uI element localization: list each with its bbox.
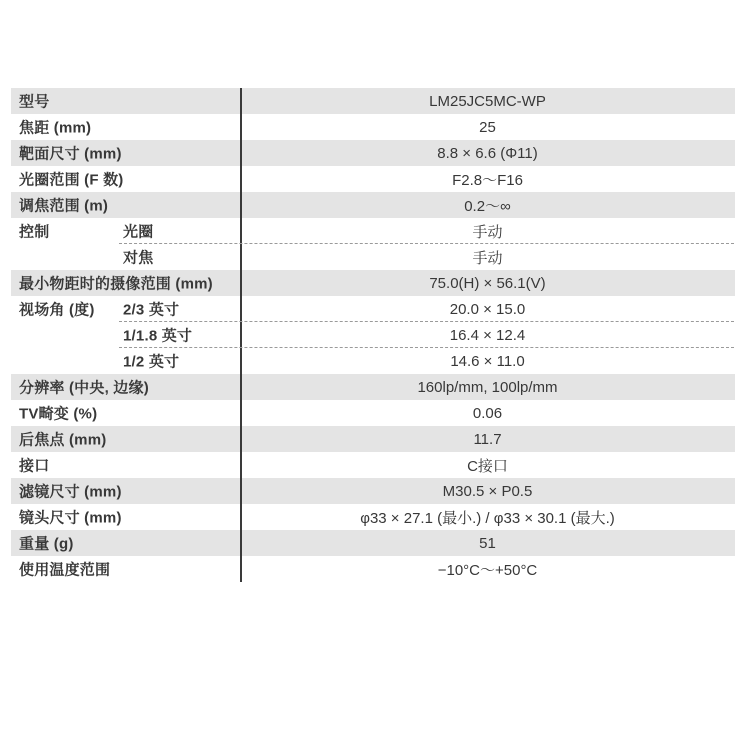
spec-value: LM25JC5MC-WP — [240, 88, 735, 114]
spec-label-cell: 对焦 — [11, 244, 240, 270]
spec-label: 接口 — [19, 455, 49, 476]
spec-value: 8.8 × 6.6 (Φ11) — [240, 140, 735, 166]
spec-label-cell: 最小物距时的摄像范围 (mm) — [11, 270, 240, 296]
spec-label-cell: 使用温度范围 — [11, 556, 240, 582]
spec-sublabel: 2/3 英寸 — [123, 299, 179, 320]
spec-label: 靶面尺寸 (mm) — [19, 143, 122, 164]
spec-value: 0.2～∞ — [240, 192, 735, 218]
spec-value: 160lp/mm, 100lp/mm — [240, 374, 735, 400]
spec-value: 11.7 — [240, 426, 735, 452]
spec-label: 光圈范围 (F 数) — [19, 169, 124, 190]
spec-sublabel: 1/1.8 英寸 — [123, 325, 192, 346]
spec-row: 滤镜尺寸 (mm)M30.5 × P0.5 — [11, 478, 735, 504]
spec-sublabel: 对焦 — [123, 247, 153, 268]
spec-row: 接口C接口 — [11, 452, 735, 478]
spec-value: 25 — [240, 114, 735, 140]
spec-label-cell: 镜头尺寸 (mm) — [11, 504, 240, 530]
spec-label-cell: 分辨率 (中央, 边缘) — [11, 374, 240, 400]
spec-row: 后焦点 (mm)11.7 — [11, 426, 735, 452]
spec-value: 20.0 × 15.0 — [240, 296, 735, 322]
spec-label: 最小物距时的摄像范围 (mm) — [19, 273, 213, 294]
spec-row: 镜头尺寸 (mm)φ33 × 27.1 (最小.) / φ33 × 30.1 (… — [11, 504, 735, 530]
column-divider-line — [240, 88, 242, 582]
dashed-separator — [119, 347, 734, 348]
spec-row: 最小物距时的摄像范围 (mm)75.0(H) × 56.1(V) — [11, 270, 735, 296]
spec-row: 靶面尺寸 (mm)8.8 × 6.6 (Φ11) — [11, 140, 735, 166]
spec-label-cell: 重量 (g) — [11, 530, 240, 556]
spec-label: 焦距 (mm) — [19, 117, 91, 138]
spec-label-cell: 光圈范围 (F 数) — [11, 166, 240, 192]
spec-row: 调焦范围 (m)0.2～∞ — [11, 192, 735, 218]
spec-value: 手动 — [240, 244, 735, 270]
spec-row: TV畸变 (%)0.06 — [11, 400, 735, 426]
spec-row: 控制光圈手动 — [11, 218, 735, 244]
spec-label: 滤镜尺寸 (mm) — [19, 481, 122, 502]
spec-value: C接口 — [240, 452, 735, 478]
spec-row: 型号LM25JC5MC-WP — [11, 88, 735, 114]
spec-value: 75.0(H) × 56.1(V) — [240, 270, 735, 296]
spec-label-cell: 视场角 (度)2/3 英寸 — [11, 296, 240, 322]
spec-value: −10°C～+50°C — [240, 556, 735, 582]
spec-label-cell: TV畸变 (%) — [11, 400, 240, 426]
spec-sublabel: 1/2 英寸 — [123, 351, 179, 372]
spec-row: 光圈范围 (F 数)F2.8～F16 — [11, 166, 735, 192]
lens-spec-table: 型号LM25JC5MC-WP焦距 (mm)25靶面尺寸 (mm)8.8 × 6.… — [11, 88, 735, 582]
spec-label: 型号 — [19, 91, 49, 112]
spec-row: 视场角 (度)2/3 英寸20.0 × 15.0 — [11, 296, 735, 322]
spec-row: 分辨率 (中央, 边缘)160lp/mm, 100lp/mm — [11, 374, 735, 400]
spec-row: 对焦手动 — [11, 244, 735, 270]
dashed-separator — [119, 243, 734, 244]
spec-row: 重量 (g)51 — [11, 530, 735, 556]
spec-label: 调焦范围 (m) — [19, 195, 108, 216]
spec-label: 后焦点 (mm) — [19, 429, 106, 450]
spec-label-cell: 滤镜尺寸 (mm) — [11, 478, 240, 504]
spec-label: 视场角 (度) — [19, 299, 95, 320]
spec-value: 51 — [240, 530, 735, 556]
spec-label-cell: 靶面尺寸 (mm) — [11, 140, 240, 166]
spec-value: 14.6 × 11.0 — [240, 348, 735, 374]
spec-label-cell: 接口 — [11, 452, 240, 478]
spec-row: 使用温度范围−10°C～+50°C — [11, 556, 735, 582]
spec-label-cell: 型号 — [11, 88, 240, 114]
spec-row: 1/2 英寸14.6 × 11.0 — [11, 348, 735, 374]
spec-label-cell: 1/2 英寸 — [11, 348, 240, 374]
lens-spec-sheet-page: 型号LM25JC5MC-WP焦距 (mm)25靶面尺寸 (mm)8.8 × 6.… — [0, 0, 750, 750]
spec-value: 手动 — [240, 218, 735, 244]
spec-value: M30.5 × P0.5 — [240, 478, 735, 504]
spec-label: 使用温度范围 — [19, 559, 110, 580]
spec-value: 16.4 × 12.4 — [240, 322, 735, 348]
spec-row: 1/1.8 英寸16.4 × 12.4 — [11, 322, 735, 348]
spec-sublabel: 光圈 — [123, 221, 153, 242]
spec-label: 控制 — [19, 221, 49, 242]
spec-value: 0.06 — [240, 400, 735, 426]
spec-label: 分辨率 (中央, 边缘) — [19, 377, 149, 398]
spec-label-cell: 控制光圈 — [11, 218, 240, 244]
spec-label: 镜头尺寸 (mm) — [19, 507, 122, 528]
spec-row: 焦距 (mm)25 — [11, 114, 735, 140]
dashed-separator — [119, 321, 734, 322]
spec-label-cell: 焦距 (mm) — [11, 114, 240, 140]
spec-value: F2.8～F16 — [240, 166, 735, 192]
spec-label: 重量 (g) — [19, 533, 74, 554]
spec-label-cell: 1/1.8 英寸 — [11, 322, 240, 348]
spec-value: φ33 × 27.1 (最小.) / φ33 × 30.1 (最大.) — [240, 504, 735, 530]
spec-label-cell: 调焦范围 (m) — [11, 192, 240, 218]
spec-label-cell: 后焦点 (mm) — [11, 426, 240, 452]
spec-label: TV畸变 (%) — [19, 403, 97, 424]
